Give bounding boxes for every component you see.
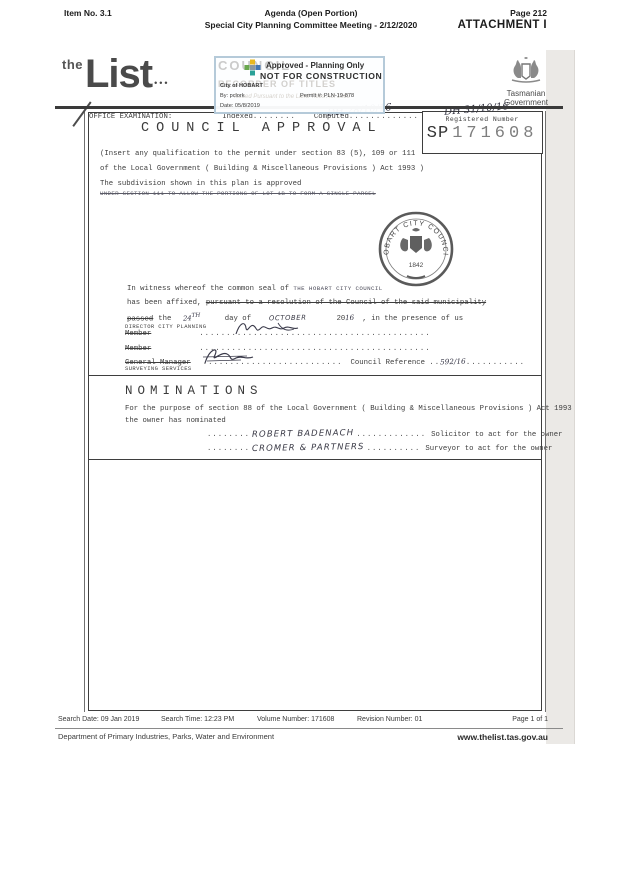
search-time: Search Time: 12:23 PM bbox=[161, 716, 234, 723]
year-printed: 20 bbox=[337, 315, 346, 323]
approval-statement: The subdivision shown in this plan is ap… bbox=[100, 180, 301, 188]
signature-member-icon bbox=[234, 319, 324, 339]
witness-line1-handwriting: THE HOBART CITY COUNCIL bbox=[293, 285, 382, 292]
solicitor-nomination-row: ........ROBERT BADENACH.............Soli… bbox=[207, 429, 563, 439]
plan-number: 171608 bbox=[452, 124, 537, 143]
tasgov-crest-icon bbox=[504, 56, 548, 84]
director-city-planning-label: DIRECTOR CITY PLANNING bbox=[125, 323, 206, 330]
dotted-line: .......... bbox=[367, 445, 421, 453]
plan-prefix: SP bbox=[427, 124, 449, 143]
witness-line2-text: has been affixed, bbox=[127, 299, 201, 307]
page-number: Page 212 bbox=[458, 8, 547, 18]
witness-line1: In witness whereof the common seal of TH… bbox=[127, 285, 383, 293]
stamp-org: City of HOBART bbox=[220, 83, 263, 89]
attachment-label: ATTACHMENT I bbox=[458, 19, 547, 31]
surveying-services-label: SURVEYING SERVICES bbox=[125, 365, 192, 372]
section-divider bbox=[89, 375, 541, 376]
hobart-cross-icon bbox=[244, 59, 261, 76]
council-reference-value: 592/16 bbox=[440, 357, 466, 367]
logo-the-text: the bbox=[62, 54, 83, 72]
surveyor-name-handwritten: CROMER & PARTNERS bbox=[252, 442, 365, 454]
day-suffix: TH bbox=[192, 313, 201, 319]
search-date: Search Date: 09 Jan 2019 bbox=[58, 716, 139, 723]
stamp-title-line2: NOT FOR CONSTRUCTION bbox=[260, 71, 382, 81]
hobart-city-council-seal: HOBART CITY COUNCIL 1842 bbox=[377, 210, 455, 288]
planning-approval-stamp: COUNCIL RECORDER OF TITLES Issued Pursua… bbox=[214, 56, 385, 114]
stamp-by: By: pclork bbox=[220, 93, 245, 99]
council-approval-form: COUNCIL APPROVAL Registered Number SP171… bbox=[88, 112, 542, 711]
section-title-council-approval: COUNCIL APPROVAL bbox=[141, 121, 383, 136]
indexed-label: Indexed bbox=[222, 113, 253, 121]
section-divider bbox=[89, 459, 541, 460]
dotted-line: ........ bbox=[207, 445, 250, 453]
department-name: Department of Primary Industries, Parks,… bbox=[58, 732, 274, 741]
scan-edge-strip bbox=[546, 50, 575, 744]
nominations-line2: the owner has nominated bbox=[125, 417, 226, 425]
dotted-line: ........... bbox=[466, 359, 525, 367]
dotted-line: .. bbox=[429, 359, 440, 367]
thelist-logo: the List ••• bbox=[62, 54, 170, 94]
witness-line2: has been affixed, pursuant to a resoluti… bbox=[127, 299, 486, 307]
stamp-title-line1: Approved - Planning Only bbox=[266, 61, 364, 70]
tasgov-line1: Tasmanian bbox=[487, 89, 565, 98]
footer-department-row: Department of Primary Industries, Parks,… bbox=[58, 732, 548, 741]
solicitor-name-handwritten: ROBERT BADENACH bbox=[252, 428, 354, 440]
member1-label-struck: Member bbox=[125, 330, 151, 338]
qualification-line2: of the Local Government ( Building & Mis… bbox=[100, 165, 424, 173]
stamp-date: Date: 05/8/2019 bbox=[220, 103, 260, 109]
council-reference-label: Council Reference bbox=[351, 359, 425, 367]
presence-text: , in the presence of us bbox=[362, 315, 463, 323]
surveyor-nomination-row: ........CROMER & PARTNERS..........Surve… bbox=[207, 443, 552, 453]
member-row-2: Member..................................… bbox=[125, 345, 431, 353]
qualification-line1: (Insert any qualification to the permit … bbox=[100, 150, 415, 158]
dotted-line: .......................... bbox=[203, 359, 343, 367]
dotted-line: ............. bbox=[356, 431, 426, 439]
witness-line1-text: In witness whereof the common seal of bbox=[127, 285, 289, 293]
section-title-nominations: NOMINATIONS bbox=[125, 384, 263, 398]
scanned-document-page: Item No. 3.1 Agenda (Open Portion) Speci… bbox=[0, 0, 622, 879]
logo-list-text: List bbox=[85, 54, 152, 94]
solicitor-role-label: Solicitor to act for the owner bbox=[431, 431, 562, 439]
header-right: Page 212 ATTACHMENT I bbox=[458, 8, 547, 31]
logo-dots: ••• bbox=[154, 78, 169, 88]
surveyor-role-label: Surveyor to act for the owner bbox=[425, 445, 552, 453]
stamp-permit: Permit #: PLN-19-878 bbox=[300, 93, 354, 99]
revision-number: Revision Number: 01 bbox=[357, 716, 422, 723]
dotted-line: ........ bbox=[207, 431, 250, 439]
registered-number-label: Registered Number bbox=[423, 116, 542, 123]
registered-number-box: Registered Number SP171608 bbox=[422, 111, 543, 154]
nominations-line1: For the purpose of section 88 of the Loc… bbox=[125, 405, 572, 413]
witness-line2-struck: pursuant to a resolution of the Council … bbox=[206, 299, 486, 307]
member2-label-struck: Member bbox=[125, 345, 151, 353]
tasmanian-government-logo: Tasmanian Government bbox=[487, 56, 565, 107]
office-examination-label: OFFICE EXAMINATION: bbox=[89, 113, 172, 121]
search-metadata-row: Search Date: 09 Jan 2019 Search Time: 12… bbox=[58, 716, 548, 726]
seal-shield bbox=[410, 236, 422, 253]
footer-rule bbox=[55, 728, 563, 729]
seal-year: 1842 bbox=[409, 262, 424, 269]
year-handwritten: 16 bbox=[345, 313, 354, 322]
website-url: www.thelist.tas.gov.au bbox=[457, 732, 548, 742]
page-count: Page 1 of 1 bbox=[512, 716, 548, 723]
dotted-line: ........ bbox=[253, 113, 296, 121]
volume-number: Volume Number: 171608 bbox=[257, 716, 334, 723]
registered-number-value: SP171608 bbox=[423, 124, 542, 143]
struck-handwritten-condition: UNDER SECTION 111 TO ALLOW THE PORTIONS … bbox=[100, 190, 376, 197]
